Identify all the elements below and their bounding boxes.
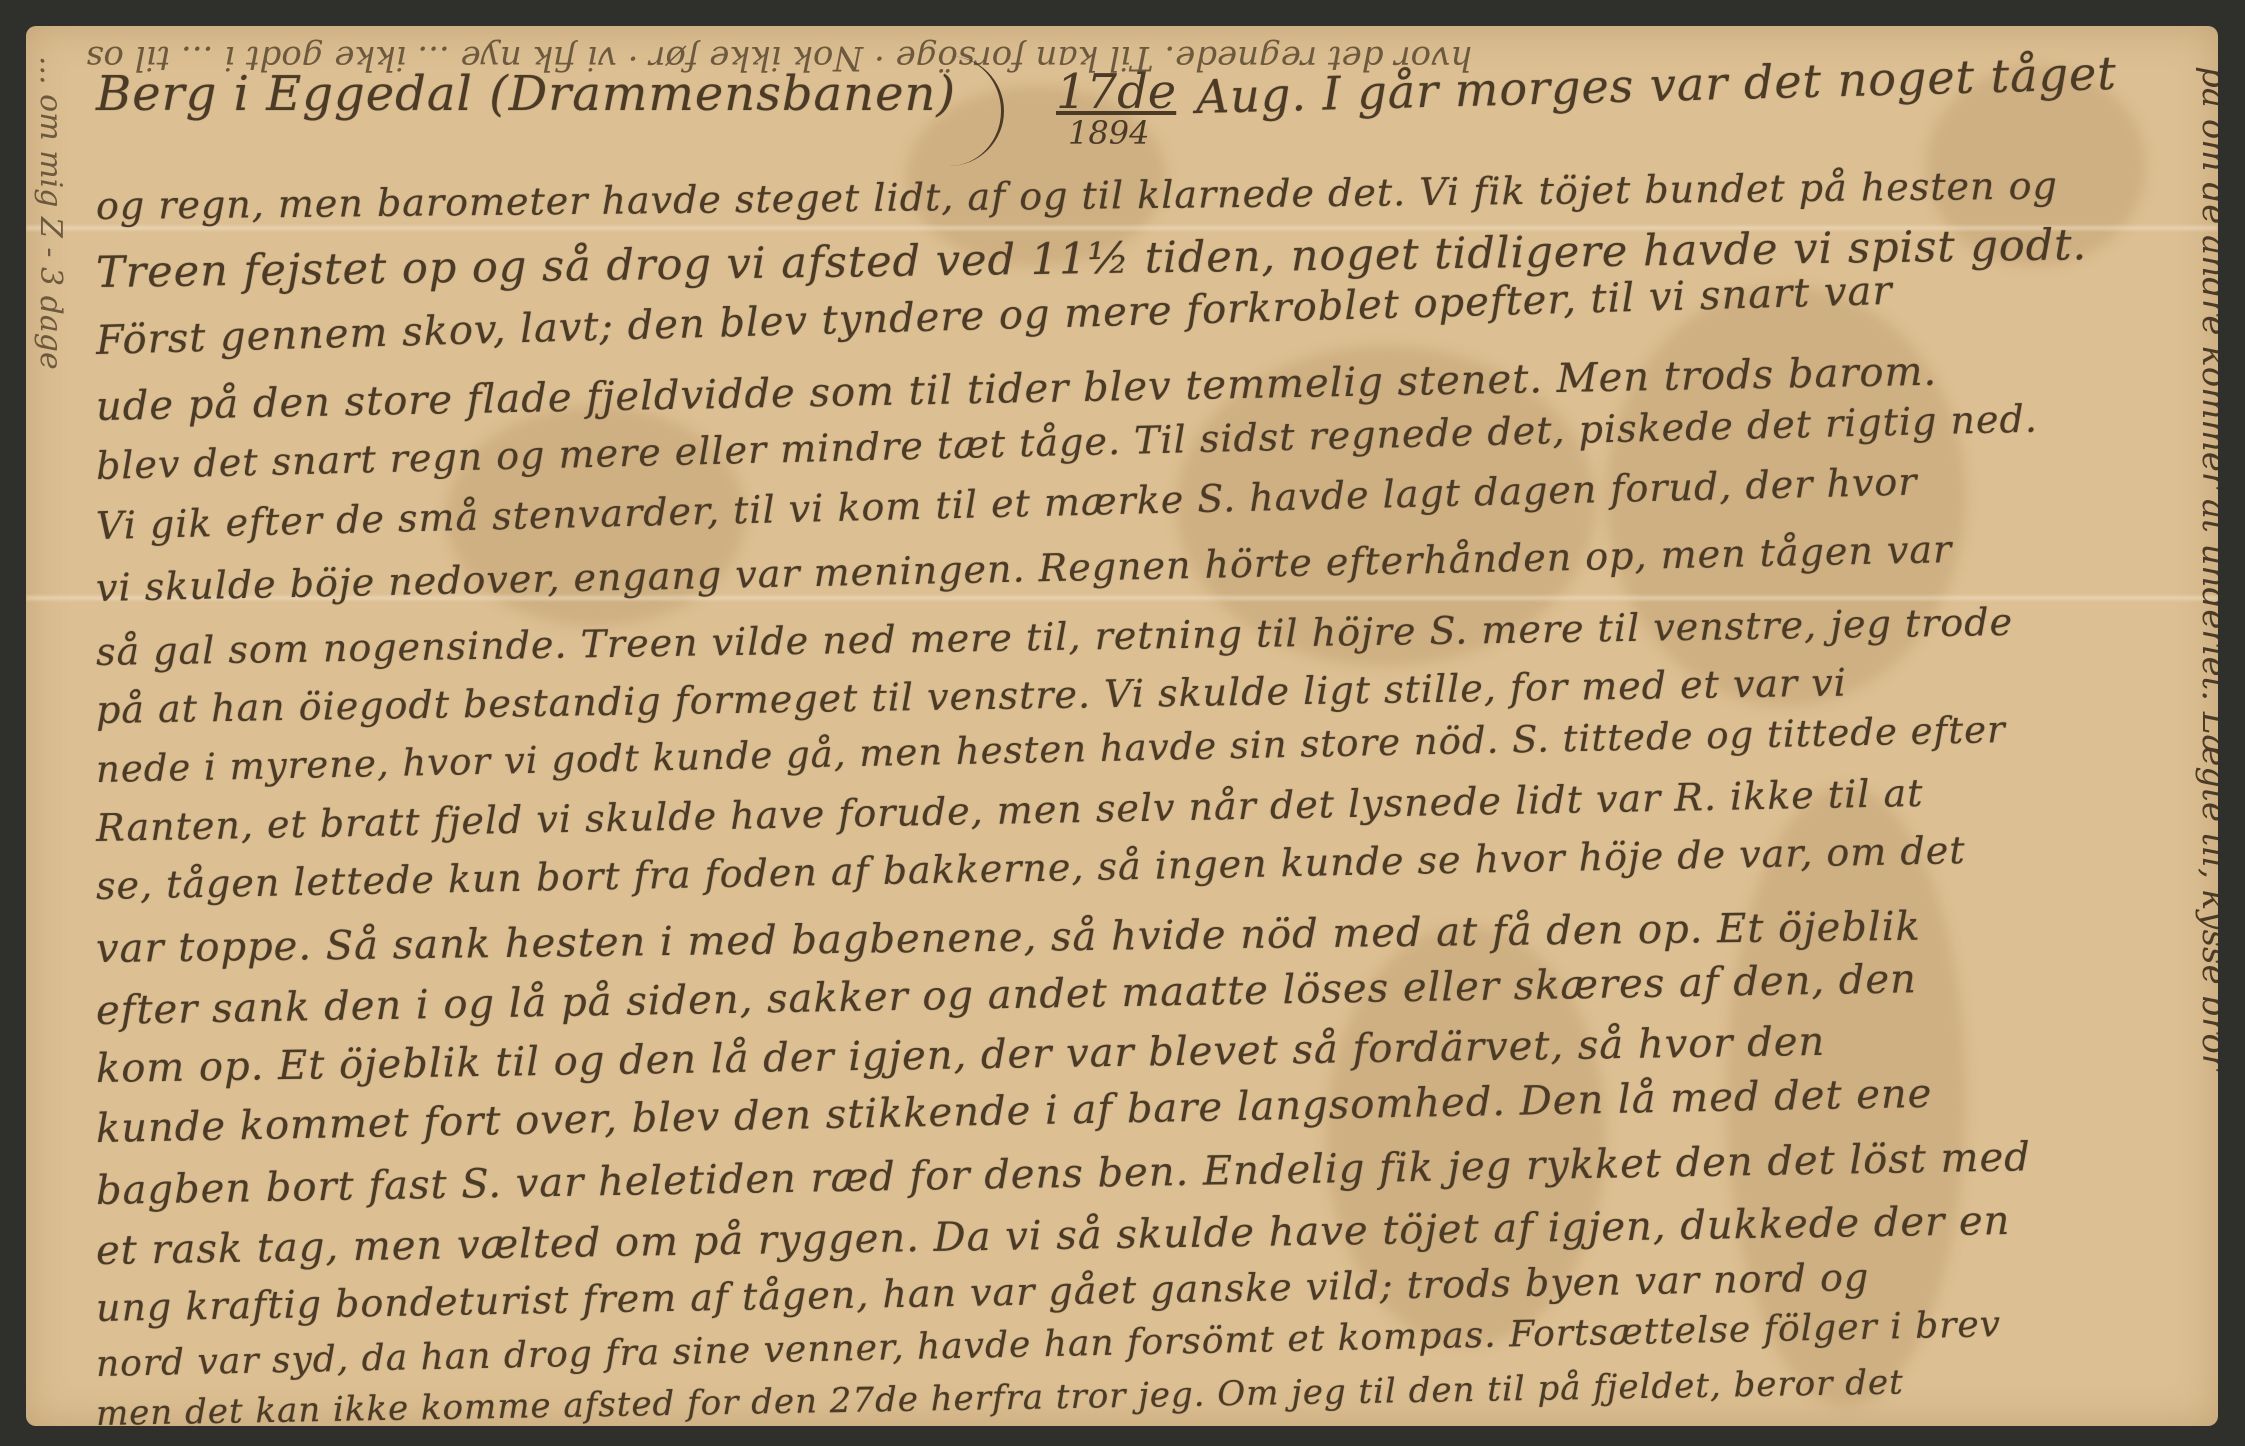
- heading-place: Berg i Eggedal (Drammensbanen): [96, 66, 956, 122]
- date: 17de 1894: [1056, 64, 1176, 152]
- left-margin-text: ... om mig Z - 3 dage: [33, 56, 68, 536]
- date-day: 17de: [1056, 64, 1176, 120]
- postcard: hvor det regnede. Til kan forsöge · Nok …: [26, 26, 2218, 1426]
- right-margin-text: på om de andre kommer at underlet. Lægte…: [2194, 66, 2218, 1386]
